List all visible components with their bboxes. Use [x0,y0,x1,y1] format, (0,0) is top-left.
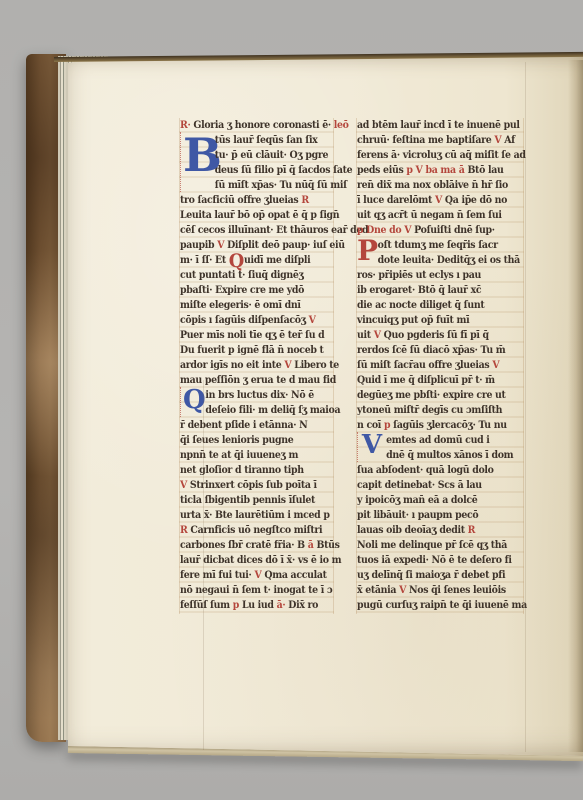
manuscript-line: feſſūſ ſum p Lu iud ā· Dix̄ ro [180,598,324,613]
text-run: Qa ip̄e dō no [442,195,507,206]
manuscript-line: ſua abſodent· quā logū dolo [357,463,513,478]
manuscript-line: ferens ā· vicroluʒ cū aq̄ miſit ſe ad [357,148,513,163]
photo-background: R· Gloria ʒ honore coronasti ē· leōBtūs … [0,0,583,800]
text-run: ardor igīs no eit inte [180,360,284,371]
manuscript-line: R Carnficis uō negſtco miſtri [180,523,324,538]
manuscript-line: in brs luctus dix· Nō ē [180,388,324,403]
manuscript-line: rerdos ſcē ſū diacō xp̄as· Tu m̄ [357,343,513,358]
manuscript-line: nō negaui n̄ ſem t̄· inogat̄ te ī ɔ [180,583,324,598]
manuscript-line: carbones ſbr̄ cratē fr̄ia· B ā Btūs [180,538,324,553]
page-crease [525,62,526,752]
manuscript-line: r̄ debent pſide i etānna· N [180,418,324,433]
manuscript-line: vincuiqʒ put op̄ fuīt mī [357,313,513,328]
text-run: tro ſacficiū offre ʒlueias [180,195,301,206]
text-run: net gloſior d tiranno tiph [180,465,304,476]
manuscript-line: paupib V Diſplit deō paup· iuſ eiū [180,238,324,253]
manuscript-line: net gloſior d tiranno tiph [180,463,324,478]
manuscript-line: ros· pr̄ipiēs ut eclys ı pau [357,268,513,283]
text-run: deſeio fili· m deliq̄ ſʒ maioa [205,405,340,416]
text-run: paupib [180,240,217,251]
manuscript-line: ren̄ dix̄ ma nox oblāive n̄ hr̄ ſio [357,178,513,193]
manuscript-line: fere mī fui tui· V Qma acculat̄ [180,568,324,583]
text-run: uit qʒ acr̄t̄ ū negam n̄ ſem ſui [357,210,502,221]
text-run: ytoneū miſtr̄ degīs cu ɔmſiſth [357,405,502,416]
manuscript-line: Puer mīs noli tīe qʒ ē ter̄ ſu d̄ [180,328,324,343]
manuscript-line: tūs laur̄ ſeqūs ſan ſix [180,133,324,148]
text-run: Nos q̄i ſenes leuiōis [406,585,506,596]
manuscript-line: ytoneū miſtr̄ degīs cu ɔmſiſth [357,403,513,418]
manuscript-line: tuos iā expedi· Nō ē te deſero fi [357,553,513,568]
manuscript-line: laur̄ dicbat dices dō ī x̄· vs ē io m [180,553,324,568]
text-run: y ipoicōʒ man̄ eā a dolcē [357,495,477,506]
manuscript-line: Du fuerit p ignē flā n̄ noceb̄ t [180,343,324,358]
manuscript-line: npnn̄ te at q̄i iuueneʒ m [180,448,324,463]
manuscript-line: q̄i ſeues lenioris pugne [180,433,324,448]
rubric-run: V [217,240,224,251]
text-run: ib̄ erogaret· Btō q̄ laur̄ xc̄ [357,285,481,296]
text-run: Poſuiſti dnē ſup· [411,225,494,236]
text-run: Libero te [291,360,339,371]
manuscript-line: ib̄ erogaret· Btō q̄ laur̄ xc̄ [357,283,513,298]
rubric-run: p V ba ma ā [406,165,464,176]
text-run: in brs luctus dix· Nō ē [205,390,313,401]
text-run: Btō lau [464,165,503,176]
text-run: Af [501,135,514,146]
fore-edge-shadow [568,60,583,752]
text-run: emtes ad domū cud i [386,435,489,446]
text-run: ſū mīſt xp̄as· Tu nūq̄ ſū miſ [215,180,347,191]
text-run: rerdos ſcē ſū diacō xp̄as· Tu m̄ [357,345,505,356]
manuscript-line: cēſ cecos illuīnant· Et thāuros ear̄ ded… [180,223,324,238]
manuscript-line: deus ſū filio pī q̄ ſacdos ſate [180,163,324,178]
manuscript-line: die ac nocte diliget q̄ ſunt [357,298,513,313]
text-run: Dix̄ ro [285,600,318,611]
rubric-run: leō [334,120,349,131]
manuscript-line: degūeʒ me pbſti· expire cre ut̄ [357,388,513,403]
manuscript-line: deſeio fili· m deliq̄ ſʒ maioa [180,403,324,418]
text-run: npnn̄ te at q̄i iuueneʒ m [180,450,298,461]
text-run: cōpis ı ſagūis diſpenſacōʒ [180,315,309,326]
manuscript-line: pit libāuit· ı paupm pecō [357,508,513,523]
manuscript-line: Quid ī me q̄ diſplicuī pr̄ t̄· m̄ [357,373,513,388]
text-run: ad btēm laur̄ incd ī te inuenē pul [357,120,520,131]
manuscript-line: oſt tdumʒ me ſeqr̄is ſacr [357,238,513,253]
text-run: pugū curſuʒ raipn̄ te q̄i iuuenē ma [357,600,527,611]
manuscript-line: dote leuita· Deditq̄ʒ ei os thā [357,253,513,268]
text-run: Noli me delinque pr̄ ſcē qʒ thā [357,540,507,551]
text-run: Quid ī me q̄ diſplicuī pr̄ t̄· m̄ [357,375,495,386]
manuscript-line: ad btēm laur̄ incd ī te inuenē pul [357,118,513,133]
manuscript-line: Noli me delinque pr̄ ſcē qʒ thā [357,538,513,553]
text-run: Qma acculat̄ [261,570,326,581]
rubric-run: V [492,360,499,371]
text-run: uit [357,330,374,341]
text-run: laur̄ dicbat dices dō ī x̄· vs ē io m [180,555,341,566]
text-run: pbaſti· Expire cre me ydō [180,285,304,296]
text-run: peds eiūs [357,165,406,176]
text-run: ſua abſodent· quā logū dolo [357,465,494,476]
manuscript-line: capit detinebat· Scs ā lau [357,478,513,493]
manuscript-line: cut puntati t̄· ſiuq̄ dignēʒ [180,268,324,283]
manuscript-line: ticla ſbigentib pennis īſulet [180,493,324,508]
rubric-run: R [301,195,308,206]
manuscript-line: peds eiūs p V ba ma ā Btō lau [357,163,513,178]
text-run: dnē q̄ multos xānos ī dom [386,450,513,461]
page-crease [203,380,204,750]
text-run: Btūs [314,540,340,551]
manuscript-page: R· Gloria ʒ honore coronasti ē· leōBtūs … [60,57,583,757]
text-run: Lu iud [239,600,277,611]
manuscript-line: uit V Quo pgderis ſū fī pī q̄ [357,328,513,343]
text-run: carbones ſbr̄ cratē fr̄ia· B [180,540,308,551]
text-run: Leuita laur̄ bō op̄ opat̄ ē q̄ p ſign̄ [180,210,339,221]
text-run: Du fuerit p ignē flā n̄ noceb̄ t [180,345,324,356]
manuscript-line: y ipoicōʒ man̄ eā a dolcē [357,493,513,508]
text-run: q̄i ſeues lenioris pugne [180,435,293,446]
manuscript-line: chruū· feſtina me baptiſare V Af [357,133,513,148]
text-run: deus ſū filio pī q̄ ſacdos ſate [215,165,353,176]
text-run: oſt tdumʒ me ſeqr̄is ſacr [378,240,498,251]
text-run: cēſ cecos illuīnant· Et thāuros ear̄ ded… [180,225,368,236]
text-run: ſū miſt̄ ſacr̄au offre ʒlueias [357,360,492,371]
rubric-run: V [254,570,261,581]
text-run: ī luce darelōmt [357,195,435,206]
text-run: ren̄ dix̄ ma nox oblāive n̄ hr̄ ſio [357,180,508,191]
rubric-run: R [468,525,475,536]
manuscript-line: tu· p̄ eū clāuit· Oʒ pgre [180,148,324,163]
text-run: vincuiqʒ put op̄ fuīt mī [357,315,469,326]
text-run: lauas oib̄ deoīaʒ dedit [357,525,468,536]
manuscript-line: ſū miſt̄ ſacr̄au offre ʒlueias V [357,358,513,373]
manuscript-line: cōpis ı ſagūis diſpenſacōʒ V [180,313,324,328]
text-run: die ac nocte diliget q̄ ſunt [357,300,484,311]
manuscript-line: Leuita laur̄ bō op̄ opat̄ ē q̄ p ſign̄ [180,208,324,223]
manuscript-line: ſū mīſt xp̄as· Tu nūq̄ ſū miſ [180,178,324,193]
text-run: m· ī ſſ· Et [180,255,229,266]
manuscript-line: lauas oib̄ deoīaʒ dedit R [357,523,513,538]
text-column-right: ad btēm laur̄ incd ī te inuenē pulchruū·… [356,118,524,614]
text-run: tu· p̄ eū clāuit· Oʒ pgre [215,150,328,161]
rubric-run: V [494,135,501,146]
text-run: tūs laur̄ ſeqūs ſan ſix [215,135,318,146]
text-run: ros· pr̄ipiēs ut eclys ı pau [357,270,481,281]
manuscript-line: pugū curſuʒ raipn̄ te q̄i iuuenē ma [357,598,513,613]
text-run: tuos iā expedi· Nō ē te deſero fi [357,555,512,566]
text-run: uʒ delīnq̄ ſi maioʒa r̄ debet̄ pfi [357,570,505,581]
text-run: pit libāuit· ı paupm pecō [357,510,478,521]
manuscript-line: pbaſti· Expire cre me ydō [180,283,324,298]
text-run: dote leuita· Deditq̄ʒ ei os thā [378,255,520,266]
rubric-run: ā· [277,600,286,611]
text-run: uidī me diſpli [244,255,310,266]
manuscript-line: ī luce darelōmt V Qa ip̄e dō no [357,193,513,208]
text-run: Puer mīs noli tīe qʒ ē ter̄ ſu d̄ [180,330,324,341]
manuscript-line: p Dne do V Poſuiſti dnē ſup· [357,223,513,238]
text-run: Carnficis uō negſtco miſtri [187,525,322,536]
text-run: feſſūſ ſum [180,600,233,611]
manuscript-line: V Strinxert cōpis ſub poīta ī [180,478,324,493]
manuscript-line: emtes ad domū cud i [357,433,513,448]
manuscript-line: ardor igīs no eit inte V Libero te [180,358,324,373]
text-run: Quo pgderis ſū fī pī q̄ [381,330,489,341]
text-run: degūeʒ me pbſti· expire cre ut̄ [357,390,506,401]
text-run: ferens ā· vicroluʒ cū aq̄ miſit ſe ad [357,150,526,161]
text-run: r̄ debent pſide i etānna· N [180,420,307,431]
manuscript-line: uʒ delīnq̄ ſi maioʒa r̄ debet̄ pfi [357,568,513,583]
text-run: capit detinebat· Scs ā lau [357,480,482,491]
rubric-run: R [180,525,187,536]
manuscript-line: tro ſacficiū offre ʒlueias R [180,193,324,208]
text-run: miſte elegeris· ē omī dnī [180,300,301,311]
manuscript-line: dnē q̄ multos xānos ī dom [357,448,513,463]
manuscript-line: urta x̄· Bte laurētiūm i mced p [180,508,324,523]
text-run: x̄ etānia [357,585,399,596]
rubric-run: V [309,315,316,326]
manuscript-line: x̄ etānia V Nos q̄i ſenes leuiōis [357,583,513,598]
text-run: Strinxert cōpis ſub poīta ī [187,480,317,491]
text-run: fere mī fui tui· [180,570,254,581]
text-run: ticla ſbigentib pennis īſulet [180,495,315,506]
manuscript-line: uit qʒ acr̄t̄ ū negam n̄ ſem ſui [357,208,513,223]
manuscript-line: m· ī ſſ· Et Quidī me diſpli [180,253,324,268]
manuscript-line: miſte elegeris· ē omī dnī [180,298,324,313]
text-run: chruū· feſtina me baptiſare [357,135,494,146]
text-run: cut puntati t̄· ſiuq̄ dignēʒ [180,270,304,281]
text-run: ſagūis ʒlercacōʒ· Tu nu [390,420,507,431]
